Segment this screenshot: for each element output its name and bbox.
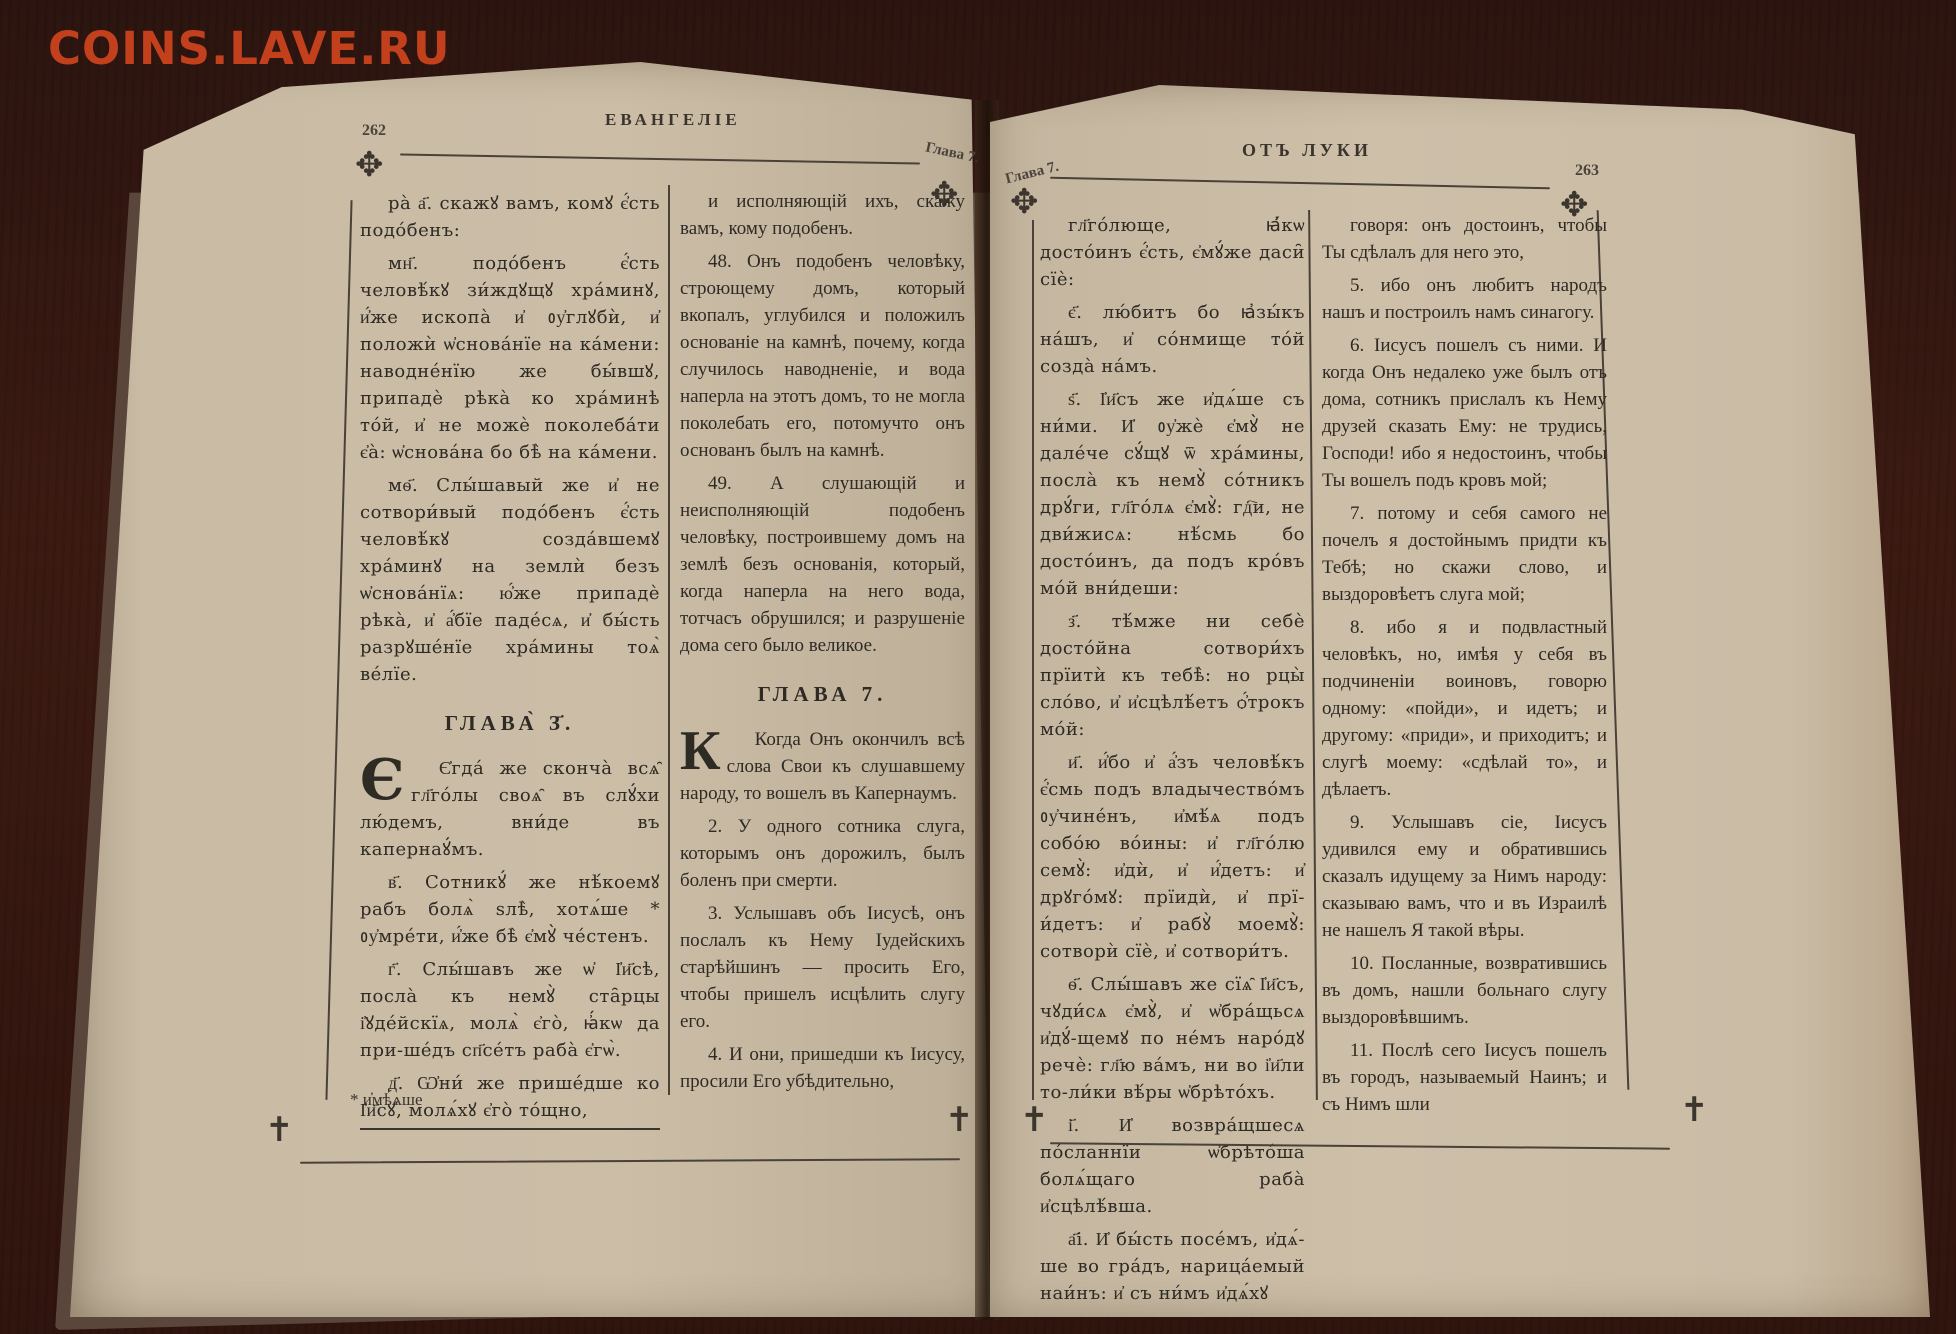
verse: 6. Іисусъ пошелъ съ ними. И когда Онъ не… (1322, 332, 1607, 494)
drop-cap: Є (332, 757, 405, 803)
verse: 9. Услышавъ сіе, Іисусъ удивился ему и о… (1322, 809, 1607, 944)
chapter-heading: ГЛАВА̀ З҃. (360, 710, 660, 737)
verse: говоря: онъ достоинъ, чтобы Ты сдѣлалъ д… (1322, 212, 1607, 266)
left-column-divider (668, 185, 670, 1095)
verse: и҃. и҆́бо и҆ а҆́зъ человѣ́къ є҆́смь подъ… (1040, 749, 1305, 965)
verse: и исполняющій ихъ, скажу вамъ, кому подо… (680, 188, 965, 242)
verse: ра̀ а҃. скажꙋ вамъ, комꙋ є҆́сть подо́бен… (360, 190, 660, 244)
verse: 49. А слушающій и неисполняющій подобенъ… (680, 470, 965, 659)
verse: гл҃го́люще, ꙗ҆́кѡ досто́инъ є҆́сть, є҆мꙋ… (1040, 212, 1305, 293)
watermark: COINS.LAVE.RU (48, 22, 451, 75)
cross-ornament-icon: ✝ (1680, 1090, 1709, 1130)
verse: 7. потому и себя самого не почелъ я дост… (1322, 500, 1607, 608)
verse: ККогда Онъ окончилъ всѣ слова Свои къ сл… (680, 726, 965, 807)
verse: 10. Посланные, возвратившись въ домъ, на… (1322, 950, 1607, 1031)
left-russian-column: и исполняющій ихъ, скажу вамъ, кому подо… (680, 188, 965, 1101)
verse: г҃. Слы́шавъ же ѡ҆ І҆и҃сѣ, посла̀ къ нем… (360, 956, 660, 1064)
verse: ЄЄ҆гда́ же сконча̀ всѧ̑ гл҃го́лы своѧ̑ в… (360, 755, 660, 863)
cross-ornament-icon: ✝ (265, 1110, 294, 1150)
verse: а҃і. И҆ бы́сть посе́мъ, и҆дѧ́-ше во гра́… (1040, 1226, 1305, 1307)
verse: 11. Послѣ сего Іисусъ пошелъ въ городъ, … (1322, 1037, 1607, 1118)
verse: 5. ибо онъ любитъ народъ нашъ и построил… (1322, 272, 1607, 326)
footnote: * и҆мѣ́ѧше (350, 1090, 423, 1110)
verse: 3. Услышавъ объ Іисусѣ, онъ послалъ къ Н… (680, 900, 965, 1035)
right-slavonic-column: гл҃го́люще, ꙗ҆́кѡ досто́инъ є҆́сть, є҆мꙋ… (1040, 212, 1305, 1313)
chapter-heading: ГЛАВА 7. (680, 681, 965, 708)
verse: з҃. тѣ́мже ни себѐ досто́йна сотвори́хъ … (1040, 608, 1305, 743)
drop-cap: К (652, 728, 721, 774)
verse: 48. Онъ подобенъ человѣку, строющему дом… (680, 248, 965, 464)
cross-ornament-icon: ✝ (1020, 1100, 1049, 1140)
left-running-head: ЕВАНГЕЛІЕ (605, 110, 741, 130)
right-russian-column: говоря: онъ достоинъ, чтобы Ты сдѣлалъ д… (1322, 212, 1607, 1124)
cross-ornament-icon: ✝ (945, 1100, 974, 1140)
verse: і҃. И҆ возвра́щшесѧ по́сланнїи ѡ҆брѣто́ш… (1040, 1112, 1305, 1220)
corner-ornament-icon: ✥ (355, 145, 384, 185)
left-page-number: 262 (362, 122, 386, 140)
verse: ѕ҃. І҆и҃съ же и҆дѧ́ше съ ни́ми. И҆ ᲂу҆жѐ… (1040, 386, 1305, 602)
left-slavonic-column: ра̀ а҃. скажꙋ вамъ, комꙋ є҆́сть подо́бен… (360, 190, 660, 1136)
verse: мѳ҃. Слы́шавый же и҆ не сотвори́вый подо… (360, 472, 660, 688)
verse: мн҃. подо́бенъ є҆́сть человѣ́кꙋ зи́ждꙋщꙋ… (360, 250, 660, 466)
right-outer-rule (1032, 220, 1034, 1100)
verse: 2. У одного сотника слуга, которымъ онъ … (680, 813, 965, 894)
verse: ѳ҃. Слы́шавъ же сїѧ̑ І҆и҃съ, чꙋди́сѧ є҆м… (1040, 971, 1305, 1106)
verse: в҃. Сотникꙋ́ же нѣ́коемꙋ рабъ болѧ̀ ѕлѣ̀… (360, 869, 660, 950)
verse: 8. ибо я и подвластный человѣкъ, но, имѣ… (1322, 614, 1607, 803)
verse: 4. И они, пришедши къ Іисусу, просили Ег… (680, 1041, 965, 1095)
corner-ornament-icon: ✥ (1010, 182, 1039, 222)
right-running-head: ОТЪ ЛУКИ (1242, 140, 1372, 161)
right-page-number: 263 (1575, 162, 1599, 180)
verse: є҃. лю́битъ бо ꙗ҆зы́къ на́шъ, и҆ со́нмищ… (1040, 299, 1305, 380)
